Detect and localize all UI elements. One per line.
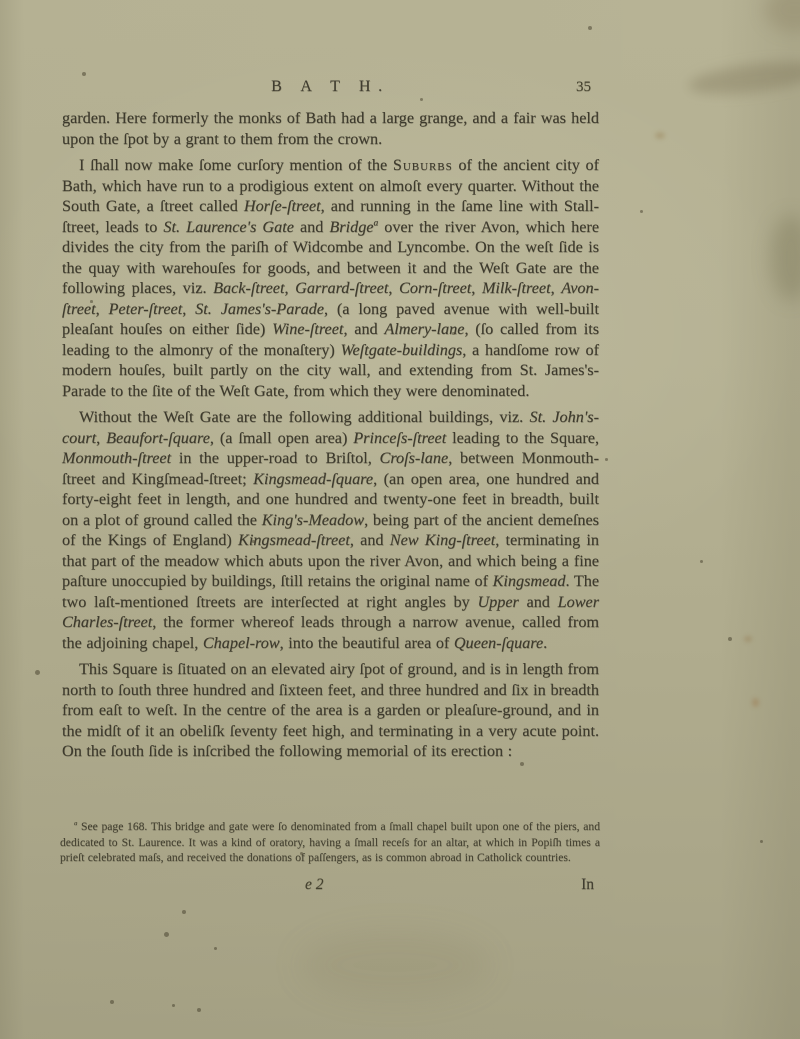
ink-speck: [82, 72, 86, 76]
italic-place-name: Milk-ſtreet: [482, 279, 551, 297]
paper-stain: [687, 56, 800, 100]
italic-place-name: Back-ſtreet: [213, 279, 284, 297]
italic-place-name: Beaufort-ſquare: [106, 429, 210, 447]
text-run: ,: [388, 279, 399, 297]
text-run: and: [519, 593, 558, 611]
paper-stain: [764, 0, 800, 32]
paragraph-3: Without the Weſt Gate are the following …: [62, 407, 599, 653]
ink-speck: [640, 210, 643, 213]
text-run: ,: [284, 279, 295, 297]
italic-place-name: Monmouth-ſtreet: [62, 449, 171, 467]
ink-speck: [110, 1000, 114, 1004]
text-run: , and: [343, 320, 384, 338]
italic-place-name: Bridge: [329, 218, 373, 236]
italic-place-name: St. Laurence's Gate: [163, 218, 294, 236]
text-run: .: [543, 634, 547, 652]
footnote: a See page 168. This bridge and gate wer…: [60, 819, 600, 866]
italic-place-name: Garrard-ſtreet: [295, 279, 388, 297]
ink-speck: [760, 840, 763, 843]
page-title: B A T H.: [62, 78, 599, 96]
ink-speck: [214, 947, 217, 950]
paper-stain: [770, 215, 800, 301]
ink-speck: [172, 1004, 175, 1007]
ink-speck: [182, 910, 186, 914]
signature-row: e 2 In: [62, 876, 599, 896]
ink-speck: [728, 637, 732, 641]
ink-speck: [588, 26, 592, 30]
text-run: This Square is ſituated on an elevated a…: [62, 660, 599, 760]
text-run: ,: [182, 300, 195, 318]
ink-speck: [700, 560, 703, 563]
italic-place-name: Croſs-lane: [380, 449, 449, 467]
text-run: ,: [551, 279, 562, 297]
text-run: leading to the Square,: [446, 429, 599, 447]
catchword: In: [581, 876, 594, 894]
italic-place-name: Chapel-row: [203, 634, 280, 652]
italic-place-name: Wine-ſtreet: [272, 320, 343, 338]
ink-speck: [35, 670, 40, 675]
italic-place-name: St. James's-Parade: [195, 300, 324, 318]
italic-place-name: Weſtgate-buildings: [341, 341, 463, 359]
italic-place-name: King's-Meadow: [262, 511, 364, 529]
text-run: , (a ſmall open area): [210, 429, 353, 447]
page-number: 35: [576, 79, 591, 96]
italic-place-name: Corn-ſtreet: [399, 279, 471, 297]
paper-stain: [752, 698, 759, 707]
ink-speck: [197, 1008, 201, 1012]
italic-place-name: Queen-ſquare: [454, 634, 543, 652]
text-run: garden. Here formerly the monks of Bath …: [62, 109, 599, 148]
italic-place-name: Almery-lane: [384, 320, 464, 338]
italic-place-name: New King-ſtreet: [390, 531, 495, 549]
text-run: I ſhall now make ſome curſory mention of…: [79, 156, 393, 174]
text-run: ,: [471, 279, 482, 297]
signature-mark: e 2: [305, 876, 324, 894]
paper-stain: [300, 930, 490, 1000]
text-run: ,: [96, 429, 106, 447]
paragraph-2: I ſhall now make ſome curſory mention of…: [62, 155, 599, 401]
page-header: B A T H. 35: [62, 78, 599, 100]
ink-speck: [164, 932, 169, 937]
paper-stain: [655, 132, 665, 139]
paper-stain: [744, 636, 752, 642]
italic-place-name: Kingsmead: [493, 572, 566, 590]
text-run: See page 168. This bridge and gate were …: [60, 820, 600, 864]
smallcaps-word: Suburbs: [393, 156, 453, 174]
text-run: Without the Weſt Gate are the following …: [79, 408, 529, 426]
ink-speck: [605, 458, 608, 461]
italic-place-name: Kingsmead-ſtreet: [238, 531, 350, 549]
italic-place-name: Princeſs-ſtreet: [353, 429, 446, 447]
book-page-scan: B A T H. 35 garden. Here formerly the mo…: [0, 0, 800, 1039]
italic-place-name: Kingsmead-ſquare: [253, 470, 373, 488]
text-run: in the upper-road to Briſtol,: [171, 449, 379, 467]
text-run: ,: [96, 300, 109, 318]
text-run: , and: [350, 531, 390, 549]
text-run: and: [294, 218, 330, 236]
main-text-block: garden. Here formerly the monks of Bath …: [62, 108, 599, 768]
italic-place-name: Upper: [477, 593, 518, 611]
italic-place-name: Peter-ſtreet: [109, 300, 183, 318]
text-run: , into the beautiful area of: [280, 634, 454, 652]
paragraph-4: This Square is ſituated on an elevated a…: [62, 659, 599, 762]
paragraph-1: garden. Here formerly the monks of Bath …: [62, 108, 599, 149]
italic-place-name: Horſe-ſtreet: [244, 197, 321, 215]
